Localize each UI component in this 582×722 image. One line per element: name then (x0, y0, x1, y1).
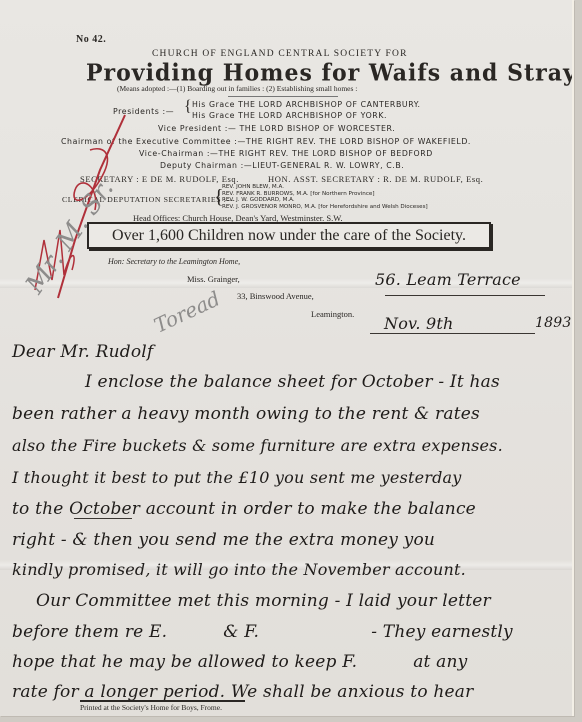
children-banner: Over 1,600 Children now under the care o… (87, 222, 491, 249)
asst-secretary: HON. ASST. SECRETARY : R. DE M. RUDOLF, … (268, 174, 483, 184)
body-line: right - & then you send me the extra mon… (12, 530, 435, 550)
body-line: hope that he may be allowed to keep F. a… (12, 652, 467, 672)
means-adopted: (Means adopted :—(1) Boarding out in fam… (117, 84, 357, 93)
handwritten-date: Nov. 9th (384, 314, 453, 333)
hon-secretary-name: Miss. Grainger, (187, 274, 240, 284)
body-line: I enclose the balance sheet for October … (85, 372, 500, 392)
masthead-title: Providing Homes for Waifs and Strays. (86, 59, 574, 86)
date-underline (370, 333, 535, 334)
body-line: I thought it best to put the £10 you sen… (12, 468, 462, 487)
handwritten-address: 56. Leam Terrace (375, 270, 521, 289)
hon-secretary-town: Leamington. (311, 309, 354, 319)
president-1: His Grace THE LORD ARCHBISHOP OF CANTERB… (192, 100, 421, 109)
october-underline (74, 518, 132, 519)
society-line: CHURCH OF ENGLAND CENTRAL SOCIETY FOR (152, 49, 408, 59)
body-line: to the October account in order to make … (12, 499, 476, 519)
vice-president: Vice President :— THE LORD BISHOP OF WOR… (158, 124, 395, 133)
letter-sheet: No 42. CHURCH OF ENGLAND CENTRAL SOCIETY… (0, 0, 574, 716)
body-line: before them re E. & F. - They earnestly (12, 622, 513, 642)
vice-chairman: Vice-Chairman :—THE RIGHT REV. THE LORD … (139, 149, 433, 158)
hon-secretary-street: 33, Binswood Avenue, (237, 291, 314, 301)
pencil-note: Toread (150, 286, 224, 337)
banner-text: Over 1,600 Children now under the care o… (112, 227, 466, 245)
body-line: kindly promised, it will go into the Nov… (12, 560, 466, 579)
letter-number: No 42. (76, 34, 106, 45)
footer-rule (80, 700, 245, 702)
president-2: His Grace THE LORD ARCHBISHOP OF YORK. (192, 111, 387, 120)
deputy-chairman: Deputy Chairman :—LIEUT-GENERAL R. W. LO… (160, 161, 404, 170)
deputation-4: REV. J. GROSVENOR MONRO, M.A. [for Heref… (222, 204, 428, 211)
brace: { (184, 100, 192, 114)
printer-footer: Printed at the Society's Home for Boys, … (80, 703, 222, 712)
body-line: been rather a heavy month owing to the r… (12, 404, 480, 424)
body-line: Our Committee met this morning - I laid … (36, 591, 491, 611)
body-line: also the Fire buckets & some furniture a… (12, 436, 503, 455)
handwritten-year: 1893 (535, 315, 571, 331)
address-underline (385, 295, 545, 296)
salutation: Dear Mr. Rudolf (12, 342, 153, 362)
divider (228, 96, 338, 97)
body-line: rate for a longer period. We shall be an… (12, 682, 473, 702)
deputation-list: REV. JOHN BLEW, M.A. REV. FRANK R. BURRO… (222, 184, 428, 210)
